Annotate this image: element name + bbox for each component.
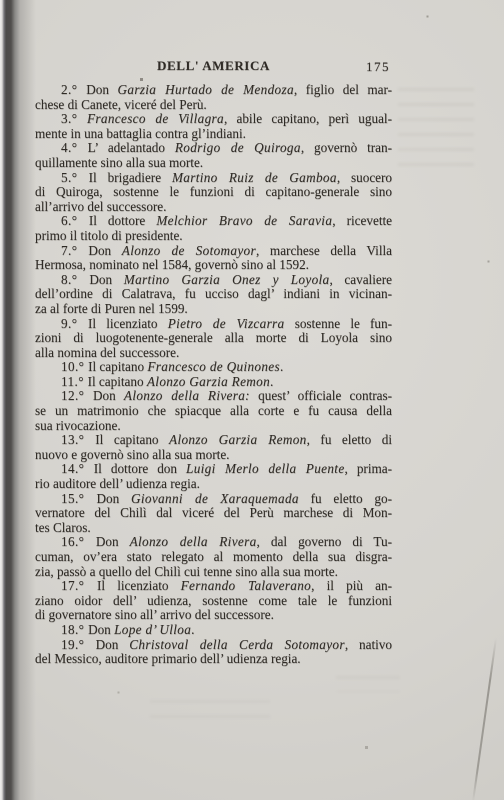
entry-text: mente in una battaglia contra gl’indiani…	[35, 126, 246, 141]
entry-text: Il capitano	[88, 374, 147, 389]
person-name: Fernando Talaverano	[181, 578, 311, 593]
person-name: Rodrigo de Quiroga	[175, 140, 301, 155]
text-line: 5.° Il brigadiere Martino Ruiz de Gamboa…	[35, 171, 392, 186]
text-line: 13.° Il capitano Alonzo Garzia Remon, fu…	[35, 433, 392, 448]
person-name: Alonzo della Rivera	[130, 534, 257, 549]
ink-showthrough-smudge	[398, 88, 474, 176]
person-name: Alonzo de Sotomayor	[122, 243, 256, 258]
text-line: di governatore sino all’ arrivo del succ…	[35, 608, 392, 623]
entry-text: , figlio del mar-	[294, 82, 392, 97]
text-line: vernatore del Chilì dal viceré del Perù …	[35, 506, 392, 521]
entry-text: , governò tran-	[301, 140, 392, 155]
entry-number: 13.°	[61, 432, 95, 447]
text-line: 4.° L’ adelantado Rodrigo de Quiroga, go…	[35, 141, 392, 156]
entry-text: , abile capitano, perì ugual-	[224, 111, 392, 126]
page-content: DELL' AMERICA 175 2.° Don Garzia Hurtado…	[35, 58, 392, 667]
entry-number: 6.°	[61, 213, 89, 228]
entry-number: 4.°	[61, 140, 88, 155]
entry-text: , cavaliere	[329, 272, 392, 287]
entry-text: zia, passò a quello del Chilì cui tenne …	[35, 564, 338, 579]
entry-text: quest’ officiale contras-	[250, 388, 392, 403]
entry-text: di Quiroga, sostenne le funzioni di capi…	[35, 184, 392, 199]
entry-text: zioni di luogotenente-generale alla mort…	[35, 330, 392, 345]
ink-showthrough-smudge	[150, 700, 270, 726]
entry-text: Il brigadiere	[89, 170, 172, 185]
entry-text: , il più an-	[311, 578, 392, 593]
entry-number: 9.°	[61, 316, 88, 331]
entry-text: dell’ordine di Calatrava, fu ucciso dagl…	[35, 286, 392, 301]
text-line: 7.° Don Alonzo de Sotomayor, marchese de…	[35, 244, 392, 259]
entry-text: Hermosa, nominato nel 1584, governò sino…	[35, 257, 309, 272]
person-name: Luigi Merlo della Puente	[186, 461, 345, 476]
text-line: di Quiroga, sostenne le funzioni di capi…	[35, 185, 392, 200]
entry-number: 15.°	[61, 491, 97, 506]
text-line: all’arrivo del successore.	[35, 200, 392, 215]
entry-text: Don	[88, 243, 121, 258]
entry-number: 19.°	[61, 637, 96, 652]
entry-text: nuovo e governò sino alla sua morte.	[35, 447, 229, 462]
page-number: 175	[366, 59, 390, 75]
text-line: 10.° Il capitano Francesco de Quinones.	[35, 360, 392, 375]
text-line: Hermosa, nominato nel 1584, governò sino…	[35, 258, 392, 273]
entry-text: Don	[86, 82, 117, 97]
entry-text: tes Claros.	[35, 520, 91, 535]
entry-text: za al forte di Puren nel 1599.	[35, 301, 188, 316]
text-line: nuovo e governò sino alla sua morte.	[35, 448, 392, 463]
text-line: tes Claros.	[35, 521, 392, 536]
entry-number: 2.°	[61, 82, 86, 97]
entry-number: 14.°	[61, 461, 94, 476]
person-name: Pietro de Vizcarra	[168, 316, 285, 331]
entry-text: Il capitano	[95, 432, 169, 447]
text-line: 6.° Il dottore Melchior Bravo de Saravia…	[35, 214, 392, 229]
running-header: DELL' AMERICA	[35, 58, 392, 74]
text-line: se un matrimonio che spiacque alla corte…	[35, 404, 392, 419]
text-line: 19.° Don Christoval della Cerda Sotomayo…	[35, 638, 392, 653]
text-line: 15.° Don Giovanni de Xaraquemada fu elet…	[35, 492, 392, 507]
text-line: primo il titolo di presidente.	[35, 229, 392, 244]
entry-text: di governatore sino all’ arrivo del succ…	[35, 607, 274, 622]
entry-text: , nativo	[345, 637, 392, 652]
entry-text: , suocero	[337, 170, 392, 185]
entry-number: 16.°	[61, 534, 96, 549]
entry-text: sostenne le fun-	[285, 316, 393, 331]
entry-text: ziano oidor dell’ udienza, sostenne come…	[35, 593, 392, 608]
text-line: 8.° Don Martino Garzia Onez y Loyola, ca…	[35, 273, 392, 288]
entry-text: Il licenziato	[97, 578, 181, 593]
entry-text: .	[270, 374, 273, 389]
text-line: alla nomina del successore.	[35, 346, 392, 361]
text-line: 11.° Il capitano Alonzo Garzia Remon.	[35, 375, 392, 390]
entry-number: 12.°	[61, 388, 93, 403]
entry-number: 18.°	[61, 622, 88, 637]
person-name: Martino Ruiz de Gamboa	[172, 170, 337, 185]
entry-text: , marchese della Villa	[256, 243, 392, 258]
entry-number: 10.°	[61, 359, 88, 374]
entry-text: chese di Canete, viceré del Perù.	[35, 97, 207, 112]
text-line: 18.° Don Lope d’ Ulloa.	[35, 623, 392, 638]
entry-number: 7.°	[61, 243, 88, 258]
person-name: Francesco de Quinones	[147, 359, 280, 374]
text-line: cuman, ov’era stato relegato al momento …	[35, 550, 392, 565]
entry-text: all’arrivo del successore.	[35, 199, 166, 214]
text-line: 16.° Don Alonzo della Rivera, dal govern…	[35, 535, 392, 550]
text-line: 3.° Francesco de Villagra, abile capitan…	[35, 112, 392, 127]
entry-text: fu eletto go-	[299, 491, 392, 506]
text-line: mente in una battaglia contra gl’indiani…	[35, 127, 392, 142]
entry-text: sua rivocazione.	[35, 418, 121, 433]
entry-number: 5.°	[61, 170, 89, 185]
person-name: Alonzo della Rivera:	[124, 388, 250, 403]
person-name: Garzia Hurtado de Mendoza	[118, 82, 294, 97]
entry-number: 8.°	[61, 272, 89, 287]
entry-number: 3.°	[61, 111, 87, 126]
entry-text: L’ adelantado	[88, 140, 175, 155]
text-line: zioni di luogotenente-generale alla mort…	[35, 331, 392, 346]
entry-text: primo il titolo di presidente.	[35, 228, 183, 243]
text-line: 9.° Il licenziato Pietro de Vizcarra sos…	[35, 317, 392, 332]
entry-text: quillamente sino alla sua morte.	[35, 155, 203, 170]
entry-text: Il capitano	[88, 359, 147, 374]
book-page-scan: DELL' AMERICA 175 2.° Don Garzia Hurtado…	[0, 0, 504, 800]
person-name: Alonzo Garzia Remon	[147, 374, 270, 389]
text-line: rio auditore dell’ udienza regia.	[35, 477, 392, 492]
entry-text: .	[191, 622, 194, 637]
entry-text: , ricevette	[332, 213, 392, 228]
entry-text: Don	[96, 637, 130, 652]
entries-list: 2.° Don Garzia Hurtado de Mendoza, figli…	[35, 83, 392, 667]
text-line: 17.° Il licenziato Fernando Talaverano, …	[35, 579, 392, 594]
entry-text: Don	[96, 534, 130, 549]
text-line: 12.° Don Alonzo della Rivera: quest’ off…	[35, 389, 392, 404]
text-line: 2.° Don Garzia Hurtado de Mendoza, figli…	[35, 83, 392, 98]
entry-text: Don	[93, 388, 124, 403]
text-line: del Messico, auditore primario dell’ udi…	[35, 652, 392, 667]
person-name: Lope d’ Ulloa	[114, 622, 191, 637]
text-line: za al forte di Puren nel 1599.	[35, 302, 392, 317]
text-line: chese di Canete, viceré del Perù.	[35, 98, 392, 113]
entry-text: Il licenziato	[88, 316, 168, 331]
page-header-row: DELL' AMERICA 175	[35, 58, 392, 75]
person-name: Martino Garzia Onez y Loyola	[124, 272, 330, 287]
entry-text: , dal governo di Tu-	[257, 534, 392, 549]
text-line: sua rivocazione.	[35, 419, 392, 434]
entry-text: .	[280, 359, 283, 374]
entry-text: se un matrimonio che spiacque alla corte…	[35, 403, 392, 418]
entry-text: Don	[89, 272, 123, 287]
paper-crease	[472, 638, 497, 800]
entry-text: , fu eletto di	[307, 432, 392, 447]
entry-text: Don	[97, 491, 131, 506]
text-line: 14.° Il dottore don Luigi Merlo della Pu…	[35, 462, 392, 477]
entry-number: 17.°	[61, 578, 97, 593]
person-name: Christoval della Cerda Sotomayor	[129, 637, 345, 652]
ink-showthrough-smudge	[336, 676, 400, 692]
person-name: Melchior Bravo de Saravia	[156, 213, 332, 228]
text-line: dell’ordine di Calatrava, fu ucciso dagl…	[35, 287, 392, 302]
entry-text: alla nomina del successore.	[35, 345, 179, 360]
entry-number: 11.°	[61, 374, 88, 389]
entry-text: Don	[88, 622, 114, 637]
entry-text: cuman, ov’era stato relegato al momento …	[35, 549, 392, 564]
person-name: Alonzo Garzia Remon	[169, 432, 307, 447]
person-name: Francesco de Villagra	[87, 111, 224, 126]
book-spine-shadow	[0, 0, 36, 800]
entry-text: vernatore del Chilì dal viceré del Perù …	[35, 505, 392, 520]
entry-text: rio auditore dell’ udienza regia.	[35, 476, 200, 491]
text-line: quillamente sino alla sua morte.	[35, 156, 392, 171]
text-line: zia, passò a quello del Chilì cui tenne …	[35, 565, 392, 580]
entry-text: Il dottore don	[94, 461, 186, 476]
entry-text: Il dottore	[89, 213, 157, 228]
text-line: ziano oidor dell’ udienza, sostenne come…	[35, 594, 392, 609]
person-name: Giovanni de Xaraquemada	[131, 491, 299, 506]
entry-text: del Messico, auditore primario dell’ udi…	[35, 651, 301, 666]
entry-text: , prima-	[345, 461, 392, 476]
